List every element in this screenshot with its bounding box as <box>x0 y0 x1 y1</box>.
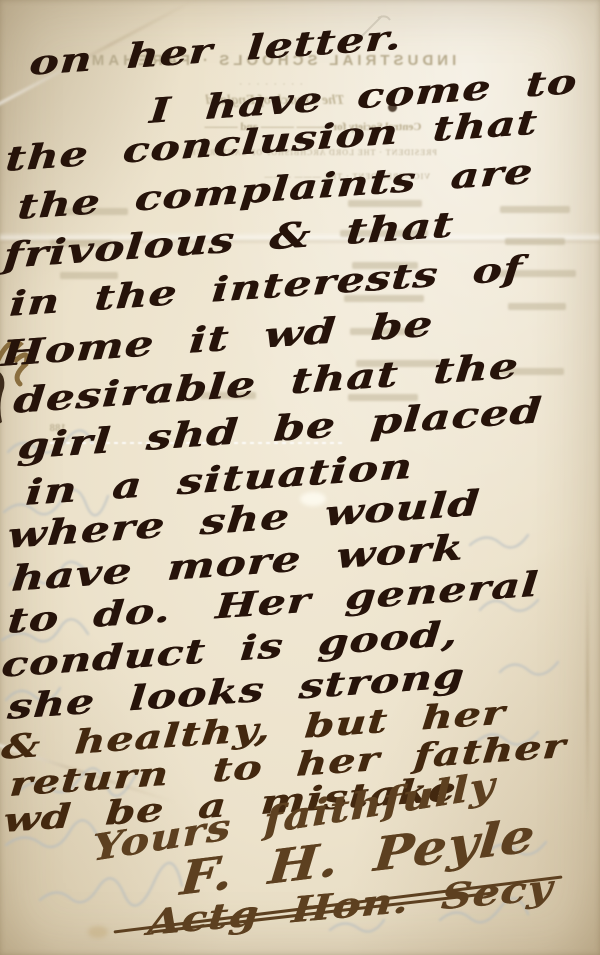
bleedthrough-word-shape <box>508 303 566 310</box>
handwriting-line: desirable that the <box>12 345 520 422</box>
bleedthrough-word-shape <box>498 270 576 277</box>
handwriting-line: Home it wd be <box>0 304 435 375</box>
handwriting-line: where she would <box>6 483 481 557</box>
bleedthrough-word-shape <box>348 200 422 207</box>
bleedthrough-word-shape <box>505 238 565 245</box>
handwriting-line: on her letter. <box>28 18 403 84</box>
bleedthrough-word-shape <box>340 230 428 237</box>
handwriting-line: frivolous & that <box>2 204 455 277</box>
fold-line <box>0 232 600 244</box>
ink-speck <box>388 103 397 112</box>
bleedthrough-word-shape <box>50 240 112 247</box>
handwriting-line: she looks strong <box>6 656 466 728</box>
pencil-mark <box>348 12 394 52</box>
bleedthrough-print-line: · · · · · · · · <box>160 80 380 89</box>
crease-line <box>0 0 197 113</box>
handwriting-line: the conclusion that <box>4 102 539 180</box>
bleedthrough-word-shape <box>60 272 118 279</box>
bleedthrough-word-shape <box>350 328 422 335</box>
signature-underline <box>151 891 494 933</box>
bleedthrough-word-shape <box>344 295 424 302</box>
crease-dotted-line <box>42 442 342 444</box>
bleedthrough-print-line: Central Society for ——— ——— and ——— <box>68 121 558 133</box>
crease-line <box>586 560 589 820</box>
handwriting-line: & healthy, but her <box>0 692 507 767</box>
handwriting-line: in a situation <box>24 446 414 514</box>
signature-underline <box>114 875 563 933</box>
bleedthrough-word-shape <box>200 392 256 399</box>
bleedthrough-word-shape <box>348 394 418 401</box>
bleedthrough-print-line: The Church of England <box>150 93 400 109</box>
handwriting-line: to do. Her general <box>6 565 540 642</box>
bleedthrough-word-shape <box>500 206 570 213</box>
bleedthrough-word-shape <box>352 262 418 269</box>
handwriting-line: in the interests of <box>8 249 524 325</box>
paper-damage-spot <box>300 492 326 506</box>
signature: F. H. Peyle <box>178 807 537 906</box>
handwriting-line: return to her father <box>8 726 567 804</box>
letter-page: INDUSTRIAL SCHOOLS · FAREHAM · · · · · ·… <box>0 0 600 955</box>
handwriting-line: have more work <box>10 527 465 600</box>
bleedthrough-print-line: INDUSTRIAL SCHOOLS · FAREHAM <box>72 52 472 69</box>
crease-line <box>0 739 176 804</box>
bleedthrough-date-fragment: 188 <box>18 422 66 434</box>
bleedthrough-script <box>0 0 600 955</box>
handwriting-line: the complaints are <box>16 152 535 228</box>
handwriting-line: wd be a mistake <box>2 769 458 840</box>
signature-role: Actg Hon. Secy <box>146 867 555 944</box>
paper-damage-spot <box>448 96 460 106</box>
bleedthrough-word-shape <box>500 368 564 375</box>
stain-spot <box>88 926 108 938</box>
bleedthrough-print-line: PRESIDENT · THE LORD ARCHBISHOP OF CANTE… <box>95 148 525 157</box>
handwriting-line: conduct is good, <box>0 614 459 686</box>
letter-closing: Yours faithfully <box>92 764 495 870</box>
ink-blot <box>0 330 76 440</box>
handwriting-line: girl shd be placed <box>16 390 544 468</box>
paper-damage-spot <box>362 88 380 102</box>
bleedthrough-word-shape <box>58 208 128 215</box>
bleedthrough-word-shape <box>356 360 440 367</box>
handwriting-line: I have come to <box>148 62 578 132</box>
bleedthrough-print-line: VICE-PRESIDENT · THE ——— ——— <box>70 172 430 181</box>
